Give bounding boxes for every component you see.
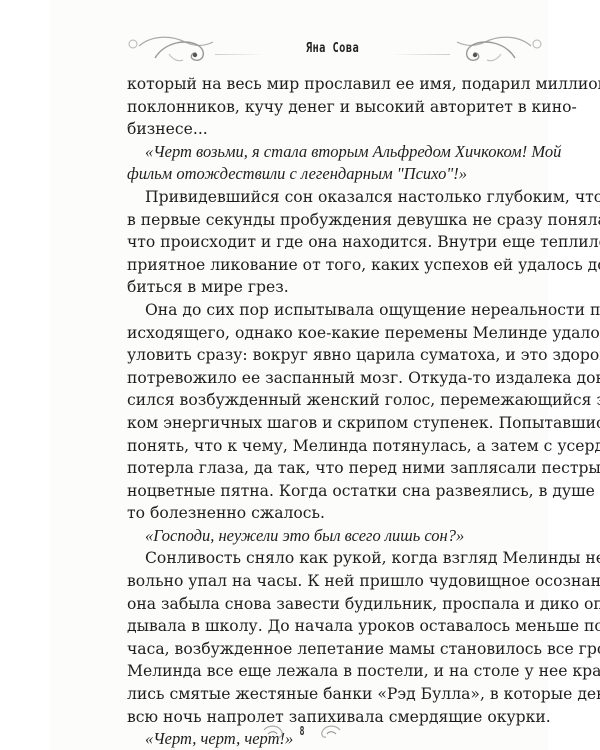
text-line: Сонливость сняло как рукой, когда взгляд… [127,547,531,570]
footer-ornament-right-icon [316,724,342,740]
text-line: поклонников, кучу денег и высокий автори… [127,96,531,119]
text-line: потревожило ее заспанный мозг. Откуда-то… [127,367,531,390]
header-rule-right [395,54,450,55]
body-text: который на весь мир прославил ее имя, по… [127,73,531,750]
text-line: бизнесе... [127,118,531,141]
italic-text-line: «Черт возьми, я стала вторым Альфредом Х… [127,141,531,164]
italic-text-line: «Господи, неужели это был всего лишь сон… [127,525,531,548]
flourish-ornament-right-icon [450,32,545,68]
text-line: который на весь мир прославил ее имя, по… [127,73,531,96]
text-line: что происходит и где она находится. Внут… [127,231,531,254]
page-header: Яна Сова [120,32,545,68]
text-line: вольно упал на часы. К ней пришло чудови… [127,570,531,593]
text-line: в первые секунды пробуждения девушка не … [127,209,531,232]
text-line: лись смятые жестяные банки «Рэд Булла», … [127,683,531,706]
text-line: исходящего, однако кое-какие перемены Ме… [127,322,531,345]
text-line: биться в мире грез. [127,276,531,299]
text-line: Мелинда все еще лежала в постели, и на с… [127,660,531,683]
text-line: приятное ликование от того, каких успехо… [127,254,531,277]
text-line: понять, что к чему, Мелинда потянулась, … [127,435,531,458]
text-line: то болезненно сжалось. [127,502,531,525]
text-line: Она до сих пор испытывала ощущение нереа… [127,299,531,322]
text-line: ноцветные пятна. Когда остатки сна разве… [127,480,531,503]
text-line: сился возбужденный женский голос, переме… [127,389,531,412]
text-line: Привидевшийся сон оказался настолько глу… [127,186,531,209]
page-footer: 8 [262,722,342,744]
text-line: ком энергичных шагов и скрипом ступенек.… [127,412,531,435]
text-line: дывала в школу. До начала уроков оставал… [127,615,531,638]
italic-text-line: фильм отождествили с легендарным "Психо"… [127,163,531,186]
text-line: потерла глаза, да так, что перед ними за… [127,457,531,480]
text-line: часа, возбужденное лепетание мамы станов… [127,638,531,661]
text-line: она забыла снова завести будильник, прос… [127,593,531,616]
text-line: уловить сразу: вокруг явно царила сумато… [127,344,531,367]
